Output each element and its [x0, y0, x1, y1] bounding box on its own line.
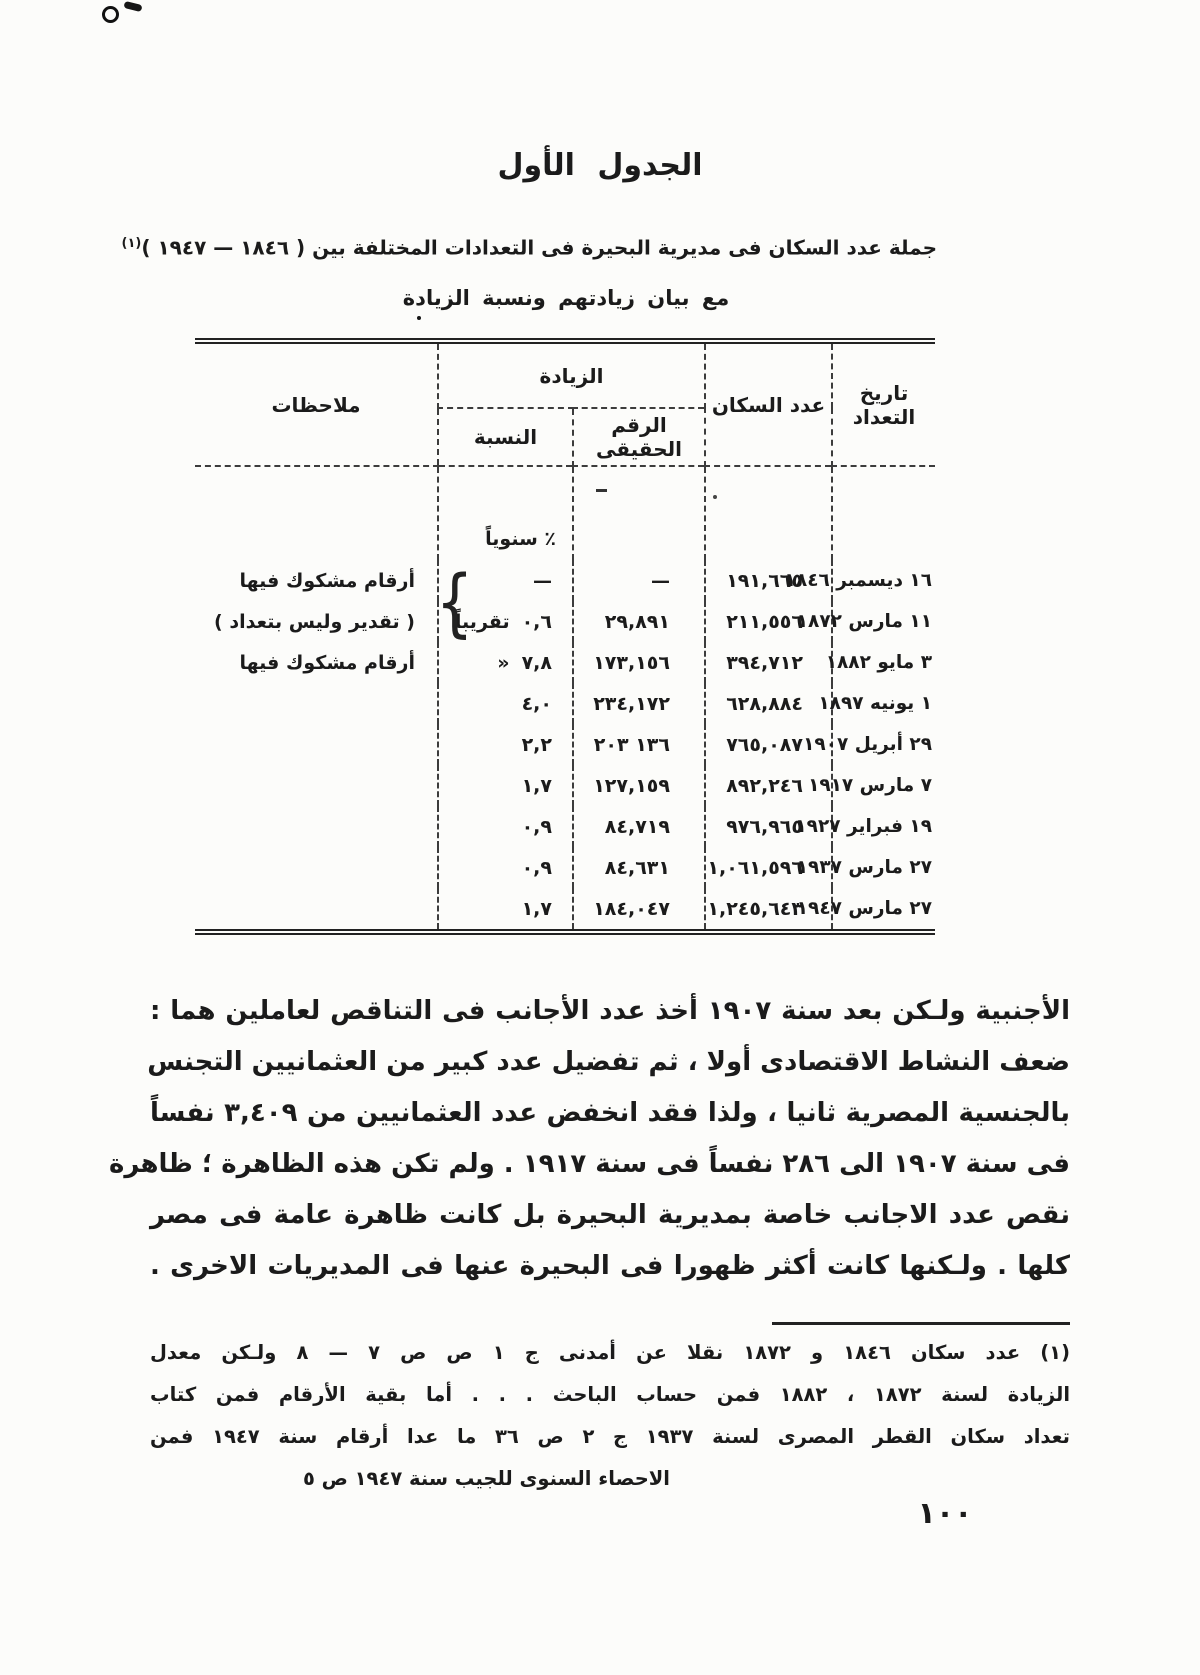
actual-increase-cell: ٨٤,٦٣١ — [573, 847, 705, 888]
actual-increase-cell: ٢٣٤,١٧٢ — [573, 683, 705, 724]
notes-cell: أرقام مشكوك فيها — [195, 642, 438, 683]
percentage-value: ٠,٩ — [522, 857, 552, 879]
actual-increase-cell: ١٨٤,٠٤٧ — [573, 888, 705, 929]
census-date-cell: ١ يونيه ١٨٩٧ — [832, 683, 935, 724]
notes-cell: أرقام مشكوك فيها — [195, 560, 438, 601]
notes-cell — [195, 888, 438, 929]
footnote-separator — [772, 1322, 1070, 1325]
empty-cell — [573, 466, 705, 560]
table-row: ١٦ ديسمبر ١٨٤٦ ١٩١,٦٦٥ — — أرقام مشكوك ف… — [195, 560, 935, 601]
page-number: ١٠٠ — [880, 1496, 1010, 1531]
table-row: ٢٧ مارس ١٩٣٧ ١,٠٦١,٥٩٦ ٨٤,٦٣١ ٠,٩ — [195, 847, 935, 888]
census-date-cell: ٢٧ مارس ١٩٤٧ — [832, 888, 935, 929]
census-date-cell: ٣ مايو ١٨٨٢ — [832, 642, 935, 683]
census-table: تاريخ التعداد عدد السكان الزيادة ملاحظات… — [195, 338, 935, 935]
percentage-value: ٠,٩ — [522, 816, 552, 838]
paragraph-line: الأجنبية ولـكن بعد سنة ١٩٠٧ أخذ عدد الأج… — [150, 986, 1070, 1037]
percentage-value: ٤,٠ — [522, 693, 552, 715]
actual-increase-cell: ٢٩,٨٩١ — [573, 601, 705, 642]
percentage-cell: ١,٧ — [438, 888, 573, 929]
population-cell: ٣٩٤,٧١٢ — [705, 642, 832, 683]
table-row: ٢٩ أبريل ١٩٠٧ ٧٦٥,٠٨٧ ١٣٦ ٢٠٣ ٢,٢ — [195, 724, 935, 765]
header-percentage: النسبة — [438, 408, 573, 466]
scan-artifact — [123, 1, 142, 12]
table-row: ١٩ فبراير ١٩٢٧ ٩٧٦,٩٦٥ ٨٤,٧١٩ ٠,٩ — [195, 806, 935, 847]
actual-increase-cell: — — [573, 560, 705, 601]
footnote: (١) عدد سكان ١٨٤٦ و ١٨٧٢ نقلا عن أمدنى ج… — [150, 1332, 1070, 1500]
percentage-note: « — [497, 652, 509, 674]
paragraph-line: كلها . ولـكنها كانت أكثر ظهورا فى البحير… — [150, 1241, 1070, 1292]
table-row: ٧ مارس ١٩١٧ ٨٩٢,٢٤٦ ١٢٧,١٥٩ ١,٧ — [195, 765, 935, 806]
census-date-cell: ١١ مارس ١٨٧٢ — [832, 601, 935, 642]
census-date-cell: ٢٧ مارس ١٩٣٧ — [832, 847, 935, 888]
percent-unit-label: ٪ سنوياً — [438, 466, 573, 560]
table-row: ٣ مايو ١٨٨٢ ٣٩٤,٧١٢ ١٧٣,١٥٦ ٧,٨« أرقام م… — [195, 642, 935, 683]
census-date-cell: ٧ مارس ١٩١٧ — [832, 765, 935, 806]
actual-increase-cell: ٨٤,٧١٩ — [573, 806, 705, 847]
paragraph-line: نقص عدد الاجانب خاصة بمديرية البحيرة بل … — [150, 1190, 1070, 1241]
scan-artifact — [102, 6, 119, 23]
notes-cell — [195, 847, 438, 888]
actual-increase-cell: ١٣٦ ٢٠٣ — [573, 724, 705, 765]
header-actual-number: الرقم الحقيقى — [573, 408, 705, 466]
census-table-grid: تاريخ التعداد عدد السكان الزيادة ملاحظات… — [195, 344, 935, 929]
percentage-cell: ١,٧ — [438, 765, 573, 806]
percentage-cell: ٠,٩ — [438, 847, 573, 888]
scanned-book-page: الجدول الأول جملة عدد السكان فى مديرية ا… — [0, 0, 1200, 1675]
notes-cell — [195, 806, 438, 847]
empty-cell — [832, 466, 935, 560]
header-notes: ملاحظات — [195, 344, 438, 466]
percentage-value: ١,٧ — [522, 775, 552, 797]
table-row: ٢٧ مارس ١٩٤٧ ١,٢٤٥,٦٤٣ ١٨٤,٠٤٧ ١,٧ — [195, 888, 935, 929]
table-subcaption: مع بيان زيادتهم ونسبة الزيادة — [195, 278, 937, 318]
percentage-value: ٧,٨ — [522, 652, 552, 674]
census-date-cell: ١٦ ديسمبر ١٨٤٦ — [832, 560, 935, 601]
footnote-line: الزيادة لسنة ١٨٧٢ ، ١٨٨٢ فمن حساب الباحث… — [150, 1374, 1070, 1416]
paragraph-line: بالجنسية المصرية ثانيا ، ولذا فقد انخفض … — [150, 1088, 1070, 1139]
population-cell: ٦٢٨,٨٨٤ — [705, 683, 832, 724]
table-caption-text: جملة عدد السكان فى مديرية البحيرة فى الت… — [141, 236, 937, 260]
table-caption: جملة عدد السكان فى مديرية البحيرة فى الت… — [195, 224, 937, 268]
percentage-value: ١,٧ — [522, 898, 552, 920]
percentage-cell: ٠,٩ — [438, 806, 573, 847]
percent-unit-row: ٪ سنوياً — [195, 466, 935, 560]
footnote-line: تعداد سكان القطر المصرى لسنة ١٩٣٧ ج ٢ ص … — [150, 1416, 1070, 1458]
percentage-cell: ٢,٢ — [438, 724, 573, 765]
empty-cell — [705, 466, 832, 560]
percentage-value: ٠,٦ — [522, 611, 552, 633]
header-increase: الزيادة — [438, 344, 705, 408]
paragraph-line: ضعف النشاط الاقتصادى أولا ، ثم تفضيل عدد… — [150, 1037, 1070, 1088]
notes-cell — [195, 724, 438, 765]
grouping-brace: { — [436, 566, 474, 640]
table-row: ١١ مارس ١٨٧٢ ٢١١,٥٥٦ ٢٩,٨٩١ ٠,٦تقريباً (… — [195, 601, 935, 642]
page-title: الجدول الأول — [130, 140, 1070, 192]
body-paragraph: الأجنبية ولـكن بعد سنة ١٩٠٧ أخذ عدد الأج… — [150, 986, 1070, 1292]
footnote-marker: (١) — [122, 236, 142, 251]
percentage-value: — — [533, 570, 552, 592]
percentage-value: ٢,٢ — [522, 734, 552, 756]
census-date-cell: ٢٩ أبريل ١٩٠٧ — [832, 724, 935, 765]
empty-cell — [195, 466, 438, 560]
actual-increase-cell: ١٢٧,١٥٩ — [573, 765, 705, 806]
percentage-cell: ٧,٨« — [438, 642, 573, 683]
notes-cell — [195, 765, 438, 806]
footnote-line: الاحصاء السنوى للجيب سنة ١٩٤٧ ص ٥ — [150, 1458, 670, 1500]
header-census-date: تاريخ التعداد — [832, 344, 935, 466]
actual-increase-cell: ١٧٣,١٥٦ — [573, 642, 705, 683]
notes-cell: ( تقدير وليس بتعداد ) — [195, 601, 438, 642]
percentage-cell: ٤,٠ — [438, 683, 573, 724]
footnote-line: (١) عدد سكان ١٨٤٦ و ١٨٧٢ نقلا عن أمدنى ج… — [150, 1332, 1070, 1374]
census-date-cell: ١٩ فبراير ١٩٢٧ — [832, 806, 935, 847]
header-population: عدد السكان — [705, 344, 832, 466]
table-row: ١ يونيه ١٨٩٧ ٦٢٨,٨٨٤ ٢٣٤,١٧٢ ٤,٠ — [195, 683, 935, 724]
paragraph-line: فى سنة ١٩٠٧ الى ٢٨٦ نفساً فى سنة ١٩١٧ . … — [150, 1139, 1070, 1190]
notes-cell — [195, 683, 438, 724]
